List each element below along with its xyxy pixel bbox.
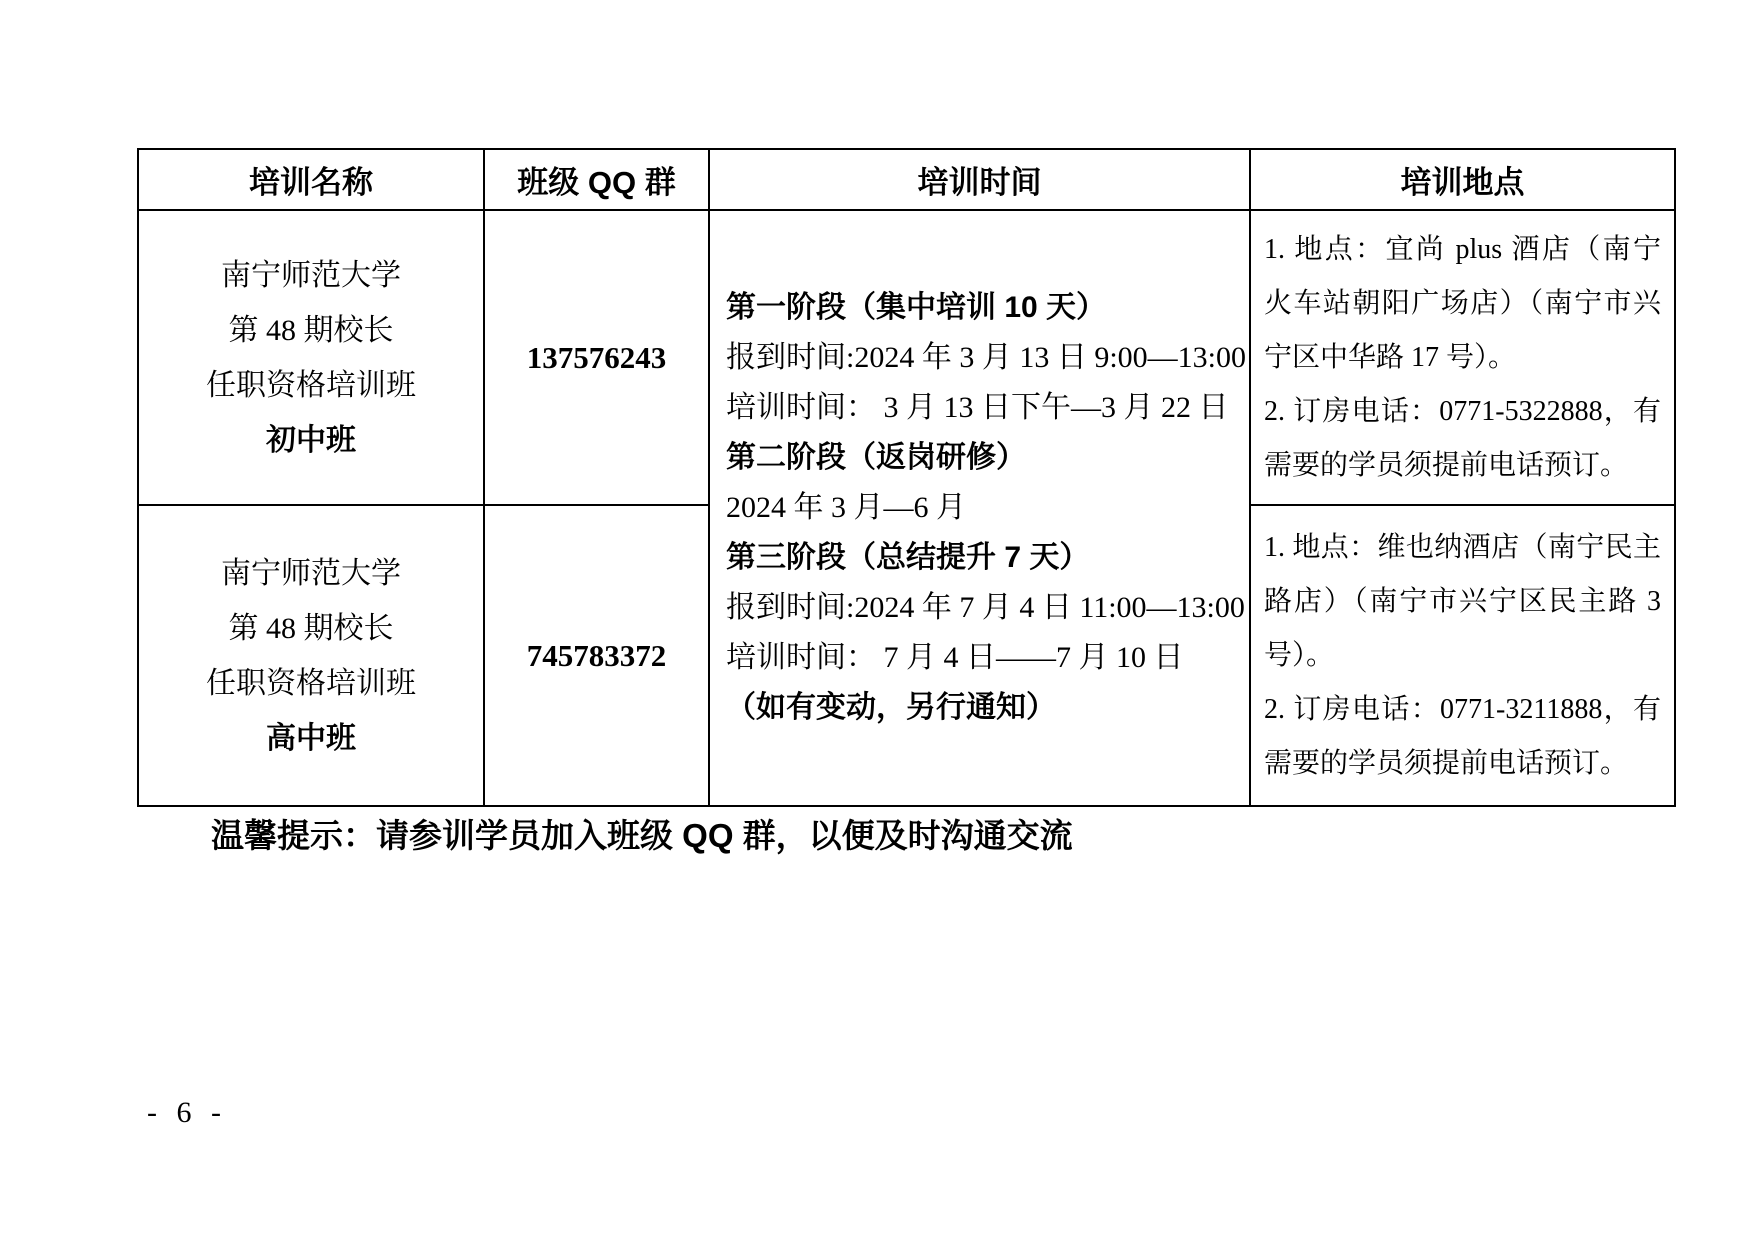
training-name-line: 任职资格培训班 [139,358,483,413]
training-location-cell-junior: 1. 地点：宜尚 plus 酒店（南宁 火车站朝阳广场店）（南宁市兴 宁区中华路… [1250,210,1675,505]
document-page: 培训名称 班级 QQ 群 培训时间 培训地点 南宁师范大学 第 48 期校长 任… [0,0,1754,1240]
table-row: 南宁师范大学 第 48 期校长 任职资格培训班 初中班 137576243 第一… [138,210,1675,505]
training-name-line: 第 48 期校长 [139,601,483,656]
training-location-cell-senior: 1. 地点：维也纳酒店（南宁民主 路店）（南宁市兴宁区民主路 3 号）。 2. … [1250,505,1675,806]
schedule-phase-2-heading: 第二阶段（返岗研修） [726,433,1239,483]
location-line: 2. 订房电话：0771-5322888，有 [1264,385,1661,439]
location-line: 需要的学员须提前电话预订。 [1264,439,1661,493]
col-header-training-name: 培训名称 [138,149,484,210]
training-name-line: 南宁师范大学 [139,546,483,601]
table-header-row: 培训名称 班级 QQ 群 培训时间 培训地点 [138,149,1675,210]
location-line: 路店）（南宁市兴宁区民主路 3 [1264,575,1661,629]
training-name-line: 第 48 期校长 [139,303,483,358]
schedule-line: 培训时间： 3 月 13 日下午—3 月 22 日 [726,383,1239,433]
reminder-note: 温馨提示：请参训学员加入班级 QQ 群，以便及时沟通交流 [211,816,1073,856]
schedule-phase-3-heading: 第三阶段（总结提升 7 天） [726,533,1239,583]
location-line: 需要的学员须提前电话预订。 [1264,737,1661,791]
col-header-class-qq-group: 班级 QQ 群 [484,149,709,210]
qq-group-number: 745783372 [484,505,709,806]
qq-group-number: 137576243 [484,210,709,505]
training-name-class-level: 高中班 [139,711,483,766]
training-name-cell-junior: 南宁师范大学 第 48 期校长 任职资格培训班 初中班 [138,210,484,505]
training-name-line: 南宁师范大学 [139,248,483,303]
location-line: 宁区中华路 17 号）。 [1264,331,1661,385]
location-line: 1. 地点：宜尚 plus 酒店（南宁 [1264,223,1661,277]
training-time-cell: 第一阶段（集中培训 10 天） 报到时间:2024 年 3 月 13 日 9:0… [709,210,1250,806]
training-name-class-level: 初中班 [139,413,483,468]
training-name-line: 任职资格培训班 [139,656,483,711]
schedule-change-notice: （如有变动，另行通知） [726,683,1239,733]
schedule-line: 报到时间:2024 年 3 月 13 日 9:00—13:00 [726,333,1239,383]
training-schedule-table: 培训名称 班级 QQ 群 培训时间 培训地点 南宁师范大学 第 48 期校长 任… [137,148,1676,807]
schedule-line: 2024 年 3 月—6 月 [726,483,1239,533]
col-header-training-time: 培训时间 [709,149,1250,210]
schedule-line: 报到时间:2024 年 7 月 4 日 11:00—13:00 [726,583,1239,633]
schedule-phase-1-heading: 第一阶段（集中培训 10 天） [726,283,1239,333]
training-name-cell-senior: 南宁师范大学 第 48 期校长 任职资格培训班 高中班 [138,505,484,806]
location-line: 号）。 [1264,629,1661,683]
location-line: 2. 订房电话：0771-3211888，有 [1264,683,1661,737]
location-line: 1. 地点：维也纳酒店（南宁民主 [1264,521,1661,575]
page-number: - 6 - [147,1096,227,1130]
location-line: 火车站朝阳广场店）（南宁市兴 [1264,277,1661,331]
schedule-line: 培训时间： 7 月 4 日——7 月 10 日 [726,633,1239,683]
col-header-training-location: 培训地点 [1250,149,1675,210]
